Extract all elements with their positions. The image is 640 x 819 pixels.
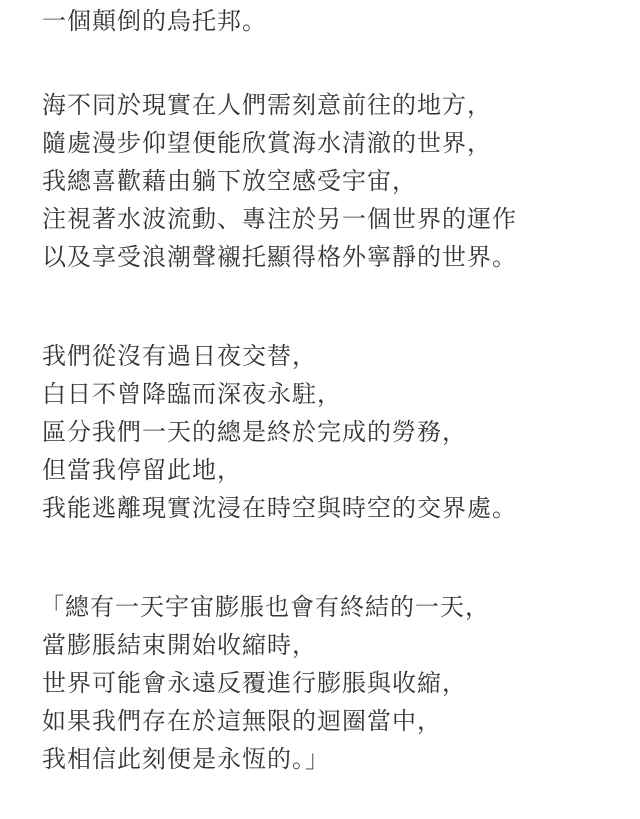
stanza-line: 區分我們一天的總是終於完成的勞務， bbox=[42, 413, 467, 451]
stanza-line: 世界可能會永遠反覆進行膨脹與收縮， bbox=[42, 664, 467, 702]
stanza-line: 我能逃離現實沈浸在時空與時空的交界處。 bbox=[42, 489, 517, 527]
stanza-line: 我們從沒有過日夜交替， bbox=[42, 337, 317, 375]
stanza-line: 我總喜歡藉由躺下放空感受宇宙， bbox=[42, 162, 417, 200]
stanza-line: 海不同於現實在人們需刻意前往的地方， bbox=[42, 86, 492, 124]
stanza-line: 但當我停留此地， bbox=[42, 451, 242, 489]
stanza-line: 白日不曾降臨而深夜永駐， bbox=[42, 375, 342, 413]
stanza-line: 我相信此刻便是永恆的。」 bbox=[42, 740, 330, 778]
title-line: 一個顛倒的烏托邦。 bbox=[42, 2, 267, 40]
stanza-line: 「總有一天宇宙膨脹也會有終結的一天， bbox=[40, 588, 490, 626]
stanza-line: 注視著水波流動、專注於另一個世界的運作 bbox=[42, 200, 517, 238]
stanza-line: 隨處漫步仰望便能欣賞海水清澈的世界， bbox=[42, 124, 492, 162]
stanza-line: 如果我們存在於這無限的迴圈當中， bbox=[42, 702, 442, 740]
stanza-line: 以及享受浪潮聲襯托顯得格外寧靜的世界。 bbox=[42, 238, 517, 276]
stanza-line: 當膨脹結束開始收縮時， bbox=[42, 626, 317, 664]
